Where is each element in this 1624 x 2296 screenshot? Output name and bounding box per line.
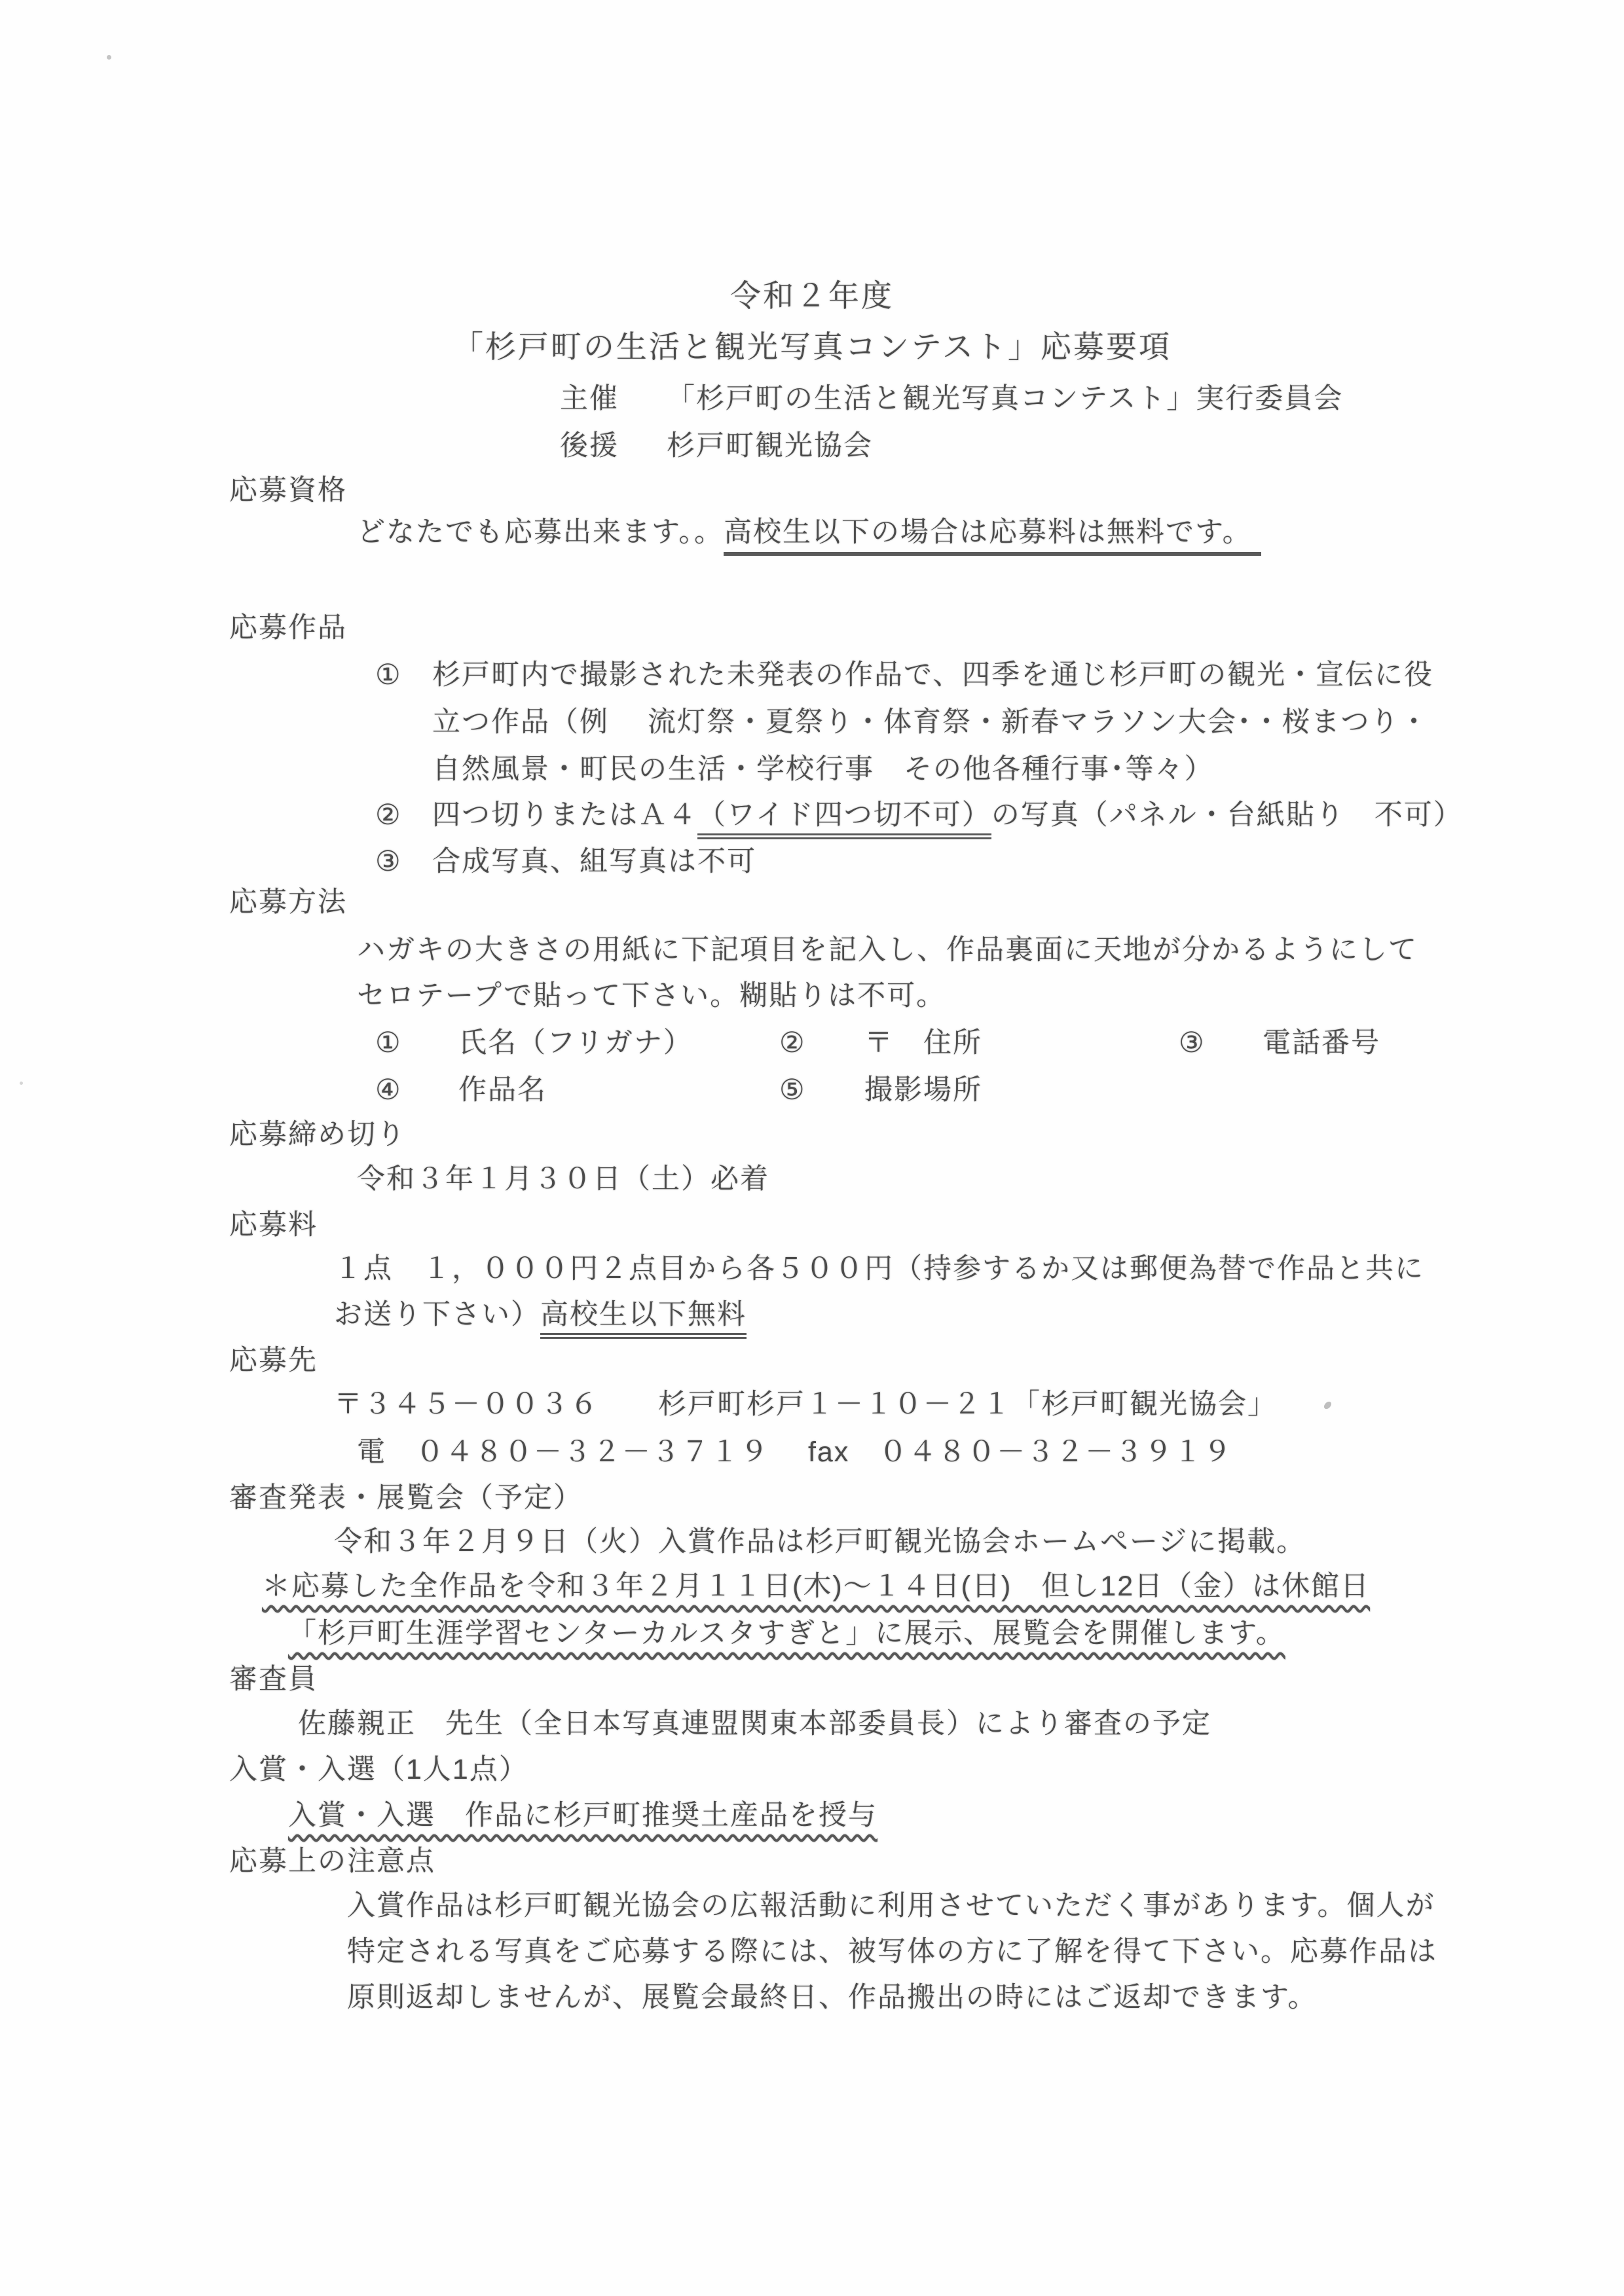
- fee-line2-pre: お送り下さい）: [334, 1299, 540, 1330]
- circled-3-marker: ③: [1179, 1029, 1206, 1057]
- exhibition-dates-wavy-text: ＊応募した全作品を令和３年２月１１日(木)～１４日(日) 但し12日（金）は休館…: [262, 1573, 1370, 1601]
- qualification-body-plain: どなたでも応募出来ます。。: [357, 517, 724, 548]
- scanned-document-page: 令和２年度 「杉戸町の生活と観光写真コンテスト」応募要項 主催 「杉戸町の生活と…: [0, 0, 1624, 2296]
- deadline-heading-text: 応募締め切り: [229, 1121, 406, 1149]
- phone-fax-text: 電 ０４８０－３２－３７１９ fax ０４８０－３２－３９１９: [357, 1438, 1232, 1467]
- circled-3-marker: ③: [375, 848, 402, 876]
- organizer-label: 主催: [560, 385, 619, 413]
- method-line2-text: セロテープで貼って下さい。糊貼りは不可。: [357, 982, 946, 1010]
- title-main-text: 「杉戸町の生活と観光写真コンテスト」応募要項: [452, 329, 1172, 364]
- postal-address-text: 〒３４５－００３６ 杉戸町杉戸１－１０－２１「杉戸町観光協会」: [334, 1391, 1277, 1419]
- works-heading-text: 応募作品: [229, 614, 347, 642]
- exhibition-venue-wavy-text: 「杉戸町生涯学習センターカルスタすぎと」に展示、展覧会を開催します。: [288, 1620, 1285, 1648]
- announcement-line1-text: 令和３年２月９日（火）入賞作品は杉戸町観光協会ホームページに掲載。: [334, 1528, 1306, 1556]
- circled-4-marker: ④: [375, 1076, 402, 1104]
- scan-artifact: [107, 55, 111, 60]
- fee-line2-underlined: 高校生以下無料: [540, 1299, 747, 1339]
- notes-line3-text: 原則返却しませんが、展覧会最終日、作品搬出の時にはご返却できます。: [347, 1984, 1318, 2012]
- method-line1-text: ハガキの大きさの用紙に下記項目を記入し、作品裏面に天地が分かるようにして: [357, 936, 1418, 964]
- fee-line1-text: １点 １，０００円２点目から各５００円（持参するか又は郵便為替で作品と共に: [334, 1255, 1424, 1283]
- circled-1-marker: ①: [375, 661, 402, 689]
- works-item1-text2: 立つ作品（例 流灯祭・夏祭り・体育祭・新春マラソン大会･・桜まつり・: [432, 708, 1429, 737]
- scan-artifact: [1323, 1400, 1333, 1411]
- title-year-text: 令和２年度: [730, 278, 894, 313]
- notes-line1-text: 入賞作品は杉戸町観光協会の広報活動に利用させていただく事があります。個人が: [347, 1892, 1435, 1920]
- document-title-main: 「杉戸町の生活と観光写真コンテスト」応募要項: [0, 331, 1624, 362]
- works-item2-pre: 四つ切りまたはＡ４: [432, 799, 697, 831]
- field-location-label: 撮影場所: [864, 1076, 982, 1104]
- deadline-body-text: 令和３年１月３０日（土）必着: [357, 1165, 769, 1194]
- announcement-heading-text: 審査発表・展覧会（予定）: [229, 1484, 583, 1512]
- qualification-body-underlined: 高校生以下の場合は応募料は無料です。: [724, 517, 1261, 556]
- field-worktitle-label: 作品名: [458, 1076, 547, 1104]
- scan-artifact: [20, 1082, 23, 1085]
- fee-heading-text: 応募料: [229, 1211, 318, 1239]
- qualification-heading-text: 応募資格: [229, 477, 347, 505]
- judge-heading-text: 審査員: [229, 1666, 318, 1694]
- prize-body-wavy-text: 入賞・入選 作品に杉戸町推奨土産品を授与: [288, 1802, 877, 1830]
- circled-1-marker: ①: [375, 1029, 402, 1057]
- circled-2-marker: ②: [779, 1029, 806, 1057]
- address-heading-text: 応募先: [229, 1347, 318, 1375]
- method-heading-text: 応募方法: [229, 888, 347, 917]
- field-phone-label: 電話番号: [1263, 1029, 1380, 1057]
- supporter-label: 後援: [560, 432, 619, 460]
- field-name-label: 氏名（フリガナ）: [458, 1029, 693, 1057]
- prize-heading-text: 入賞・入選（1人1点）: [229, 1756, 528, 1784]
- notes-heading-text: 応募上の注意点: [229, 1848, 435, 1876]
- document-title-year: 令和２年度: [0, 280, 1624, 311]
- works-item3-text: 合成写真、組写真は不可: [432, 848, 756, 876]
- works-item1-text3: 自然風景・町民の生活・学校行事 その他各種行事･等々）: [432, 756, 1214, 784]
- works-item2-underlined: （ワイド四つ切不可）: [697, 799, 991, 839]
- field-address-label: 〒 住所: [864, 1029, 982, 1057]
- organizer-value: 「杉戸町の生活と観光写真コンテスト」実行委員会: [667, 385, 1343, 413]
- works-item1-text1: 杉戸町内で撮影された未発表の作品で、四季を通じ杉戸町の観光・宣伝に役: [432, 661, 1433, 689]
- circled-2-marker: ②: [375, 801, 402, 829]
- judge-body-text: 佐藤親正 先生（全日本写真連盟関東本部委員長）により審査の予定: [298, 1710, 1211, 1738]
- circled-5-marker: ⑤: [779, 1076, 806, 1104]
- supporter-value: 杉戸町観光協会: [667, 432, 873, 460]
- notes-line2-text: 特定される写真をご応募する際には、被写体の方に了解を得て下さい。応募作品は: [347, 1938, 1437, 1966]
- works-item2-post: の写真（パネル・台紙貼り 不可）: [991, 799, 1463, 831]
